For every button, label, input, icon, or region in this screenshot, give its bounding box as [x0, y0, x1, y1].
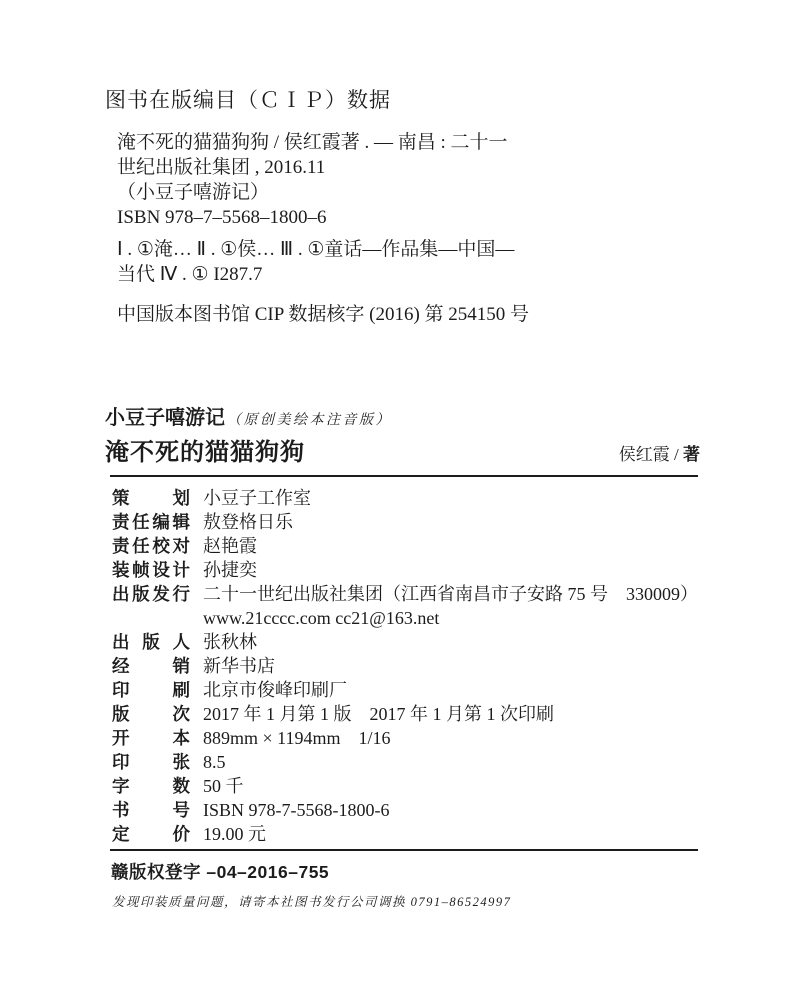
- colophon-value: 889mm × 1194mm 1/16: [203, 726, 391, 750]
- colophon-value: www.21cccc.com cc21@163.net: [203, 606, 439, 630]
- colophon-row: 印 刷北京市俊峰印刷厂: [112, 678, 712, 702]
- colophon-value: 新华书店: [203, 654, 275, 678]
- colophon-value: 敖登格日乐: [203, 510, 293, 534]
- colophon-value: 孙捷奕: [203, 558, 257, 582]
- series-title-line: 小豆子嘻游记（原创美绘本注音版）: [105, 401, 392, 430]
- colophon-value: 张秋林: [203, 630, 257, 654]
- cip-classification-line: 当代 Ⅳ . ① I287.7: [117, 262, 514, 287]
- colophon-label: 书 号: [112, 798, 190, 822]
- colophon-row: 字 数50 千: [112, 774, 712, 798]
- book-author: 侯红霞 / 著: [619, 440, 700, 465]
- divider-bottom: [110, 849, 698, 851]
- series-name: 小豆子嘻游记: [105, 407, 225, 429]
- colophon-label: 出版发行: [112, 582, 190, 606]
- colophon-value: 50 千: [203, 774, 244, 798]
- colophon-value: ISBN 978-7-5568-1800-6: [203, 798, 390, 822]
- colophon-row: 责任编辑敖登格日乐: [112, 510, 712, 534]
- colophon-label: 印 刷: [112, 678, 190, 702]
- print-quality-note: 发现印装质量问题，请寄本社图书发行公司调换 0791–86524997: [112, 892, 511, 910]
- colophon-row: 装帧设计孙捷奕: [112, 558, 712, 582]
- cip-entry-isbn: ISBN 978–7–5568–1800–6: [117, 205, 508, 230]
- author-role: 著: [683, 445, 700, 464]
- colophon-value: 赵艳霞: [203, 534, 257, 558]
- cip-entry-line: 淹不死的猫猫狗狗 / 侯红霞著 . — 南昌 : 二十一: [117, 130, 508, 155]
- colophon-label: 责任编辑: [112, 510, 190, 534]
- colophon-row: 策 划小豆子工作室: [112, 486, 712, 510]
- book-title: 淹不死的猫猫狗狗: [105, 432, 305, 467]
- colophon-label: 版 次: [112, 702, 190, 726]
- cip-classification-line: Ⅰ . ①淹… Ⅱ . ①侯… Ⅲ . ①童话—作品集—中国—: [117, 237, 514, 262]
- colophon-label: 印 张: [112, 750, 190, 774]
- colophon-row: 出 版 人张秋林: [112, 630, 712, 654]
- colophon-value: 2017 年 1 月第 1 版 2017 年 1 月第 1 次印刷: [203, 702, 554, 726]
- colophon-label: 责任校对: [112, 534, 190, 558]
- divider-top: [110, 475, 698, 477]
- copyright-registration: 赣版权登字 –04–2016–755: [111, 859, 329, 884]
- colophon-row: 责任校对赵艳霞: [112, 534, 712, 558]
- colophon-row: 印 张8.5: [112, 750, 712, 774]
- copyright-page: 图书在版编目（ＣＩＰ）数据 淹不死的猫猫狗狗 / 侯红霞著 . — 南昌 : 二…: [0, 0, 800, 988]
- colophon-value: 北京市俊峰印刷厂: [203, 678, 347, 702]
- author-name: 侯红霞 /: [619, 445, 683, 464]
- colophon-row: 书 号ISBN 978-7-5568-1800-6: [112, 798, 712, 822]
- colophon-value: 19.00 元: [203, 822, 266, 846]
- colophon-row: 定 价19.00 元: [112, 822, 712, 846]
- colophon-label: 经 销: [112, 654, 190, 678]
- colophon-row: 出版发行二十一世纪出版社集团（江西省南昌市子安路 75 号 330009）: [112, 582, 712, 606]
- colophon-label: 定 价: [112, 822, 190, 846]
- colophon-row: 开 本889mm × 1194mm 1/16: [112, 726, 712, 750]
- cip-classification: Ⅰ . ①淹… Ⅱ . ①侯… Ⅲ . ①童话—作品集—中国— 当代 Ⅳ . ①…: [117, 237, 514, 287]
- colophon-value: 8.5: [203, 750, 226, 774]
- colophon-value: 小豆子工作室: [203, 486, 311, 510]
- series-edition-note: （原创美绘本注音版）: [227, 413, 392, 428]
- colophon-row: 经 销新华书店: [112, 654, 712, 678]
- colophon-label: 开 本: [112, 726, 190, 750]
- colophon-value: 二十一世纪出版社集团（江西省南昌市子安路 75 号 330009）: [203, 582, 698, 606]
- colophon-label: 字 数: [112, 774, 190, 798]
- cip-bibliographic-entry: 淹不死的猫猫狗狗 / 侯红霞著 . — 南昌 : 二十一 世纪出版社集团 , 2…: [117, 130, 508, 230]
- colophon-row: 版 次2017 年 1 月第 1 版 2017 年 1 月第 1 次印刷: [112, 702, 712, 726]
- colophon-row: www.21cccc.com cc21@163.net: [112, 606, 712, 630]
- colophon-label: 装帧设计: [112, 558, 190, 582]
- cip-section-title: 图书在版编目（ＣＩＰ）数据: [105, 84, 391, 114]
- colophon-label: 出 版 人: [112, 630, 190, 654]
- cip-entry-line: （小豆子嘻游记）: [117, 180, 508, 205]
- colophon-label: 策 划: [112, 486, 190, 510]
- colophon-table: 策 划小豆子工作室 责任编辑敖登格日乐 责任校对赵艳霞 装帧设计孙捷奕 出版发行…: [112, 486, 712, 846]
- cip-entry-line: 世纪出版社集团 , 2016.11: [117, 155, 508, 180]
- cip-record-number: 中国版本图书馆 CIP 数据核字 (2016) 第 254150 号: [117, 299, 529, 326]
- colophon-label: [112, 606, 190, 630]
